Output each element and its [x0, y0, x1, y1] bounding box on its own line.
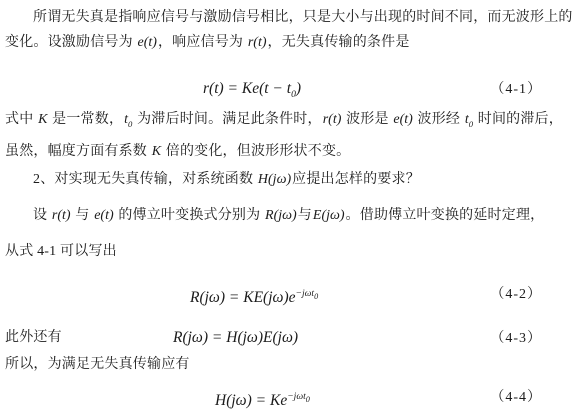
- text-line-2-content: 变化。设激励信号为 e(t)，响应信号为 r(t)，无失真传输的条件是: [5, 35, 410, 50]
- text-line-4-content: 虽然，幅度方面有系数 K 倍的变化，但波形形状不变。: [5, 144, 350, 159]
- text-run: 应提出怎样的要求？: [292, 172, 420, 187]
- math-run: r(t): [51, 208, 72, 223]
- equation-number-4-2: （4-2）: [490, 285, 542, 305]
- math-run: H(jω): [257, 172, 292, 187]
- document-page: 所谓无失真是指响应信号与激励信号相比，只是大小与出现的时间不同，而无波形上的 变…: [0, 0, 580, 414]
- text-line-4: 虽然，幅度方面有系数 K 倍的变化，但波形形状不变。: [5, 142, 575, 162]
- math-run: e(t): [137, 35, 158, 50]
- equation-formula-4-4: H(jω) = Ke−jωt0: [215, 387, 310, 411]
- text-run: 时间的滞后，: [474, 112, 563, 127]
- question-line-content: 2、对实现无失真传输，对系统函数 H(jω)应提出怎样的要求？: [33, 172, 420, 187]
- text-line-3-content: 式中 K 是一常数，t0 为滞后时间。满足此条件时，r(t) 波形是 e(t) …: [5, 112, 563, 127]
- text-run: 波形经: [414, 112, 464, 127]
- math-run: R(jω): [264, 208, 298, 223]
- text-line-1-content: 所谓无失真是指响应信号与激励信号相比，只是大小与出现的时间不同，而无波形上的: [33, 10, 573, 25]
- text-run: ，响应信号为: [158, 35, 247, 50]
- text-run: 所以，为满足无失真传输应有: [5, 357, 190, 372]
- math-run: K: [37, 112, 48, 127]
- text-run: 是一常数，: [48, 112, 123, 127]
- text-line-7: 所以，为满足无失真传输应有: [5, 355, 575, 375]
- equation-formula-4-2: R(jω) = KE(jω)e−jωt0: [190, 284, 318, 308]
- math-run: r(t): [322, 112, 343, 127]
- question-line: 2、对实现无失真传输，对系统函数 H(jω)应提出怎样的要求？: [5, 170, 575, 190]
- text-run: 的傅立叶变换式分别为: [115, 208, 264, 223]
- text-run: 为滞后时间。满足此条件时，: [133, 112, 321, 127]
- math-run: H(jω) = Ke−jωt0: [215, 392, 310, 409]
- text-run: 。借助傅立叶变换的延时定理，: [346, 208, 545, 223]
- equation-number-4-1: （4-1）: [490, 80, 542, 100]
- math-run: r(t) = Ke(t − t0): [203, 80, 301, 97]
- text-run: ，无失真传输的条件是: [268, 35, 410, 50]
- text-run: 与: [72, 208, 94, 223]
- text-run: 虽然，幅度方面有系数: [5, 144, 151, 159]
- math-run: e(t): [93, 208, 114, 223]
- equation-number-4-3: （4-3）: [490, 329, 542, 349]
- math-run: r(t): [247, 35, 268, 50]
- text-line-3: 式中 K 是一常数，t0 为滞后时间。满足此条件时，r(t) 波形是 e(t) …: [5, 110, 575, 134]
- math-run: K: [151, 144, 162, 159]
- text-line-5: 设 r(t) 与 e(t) 的傅立叶变换式分别为 R(jω)与E(jω)。借助傅…: [5, 206, 575, 226]
- text-line-1: 所谓无失真是指响应信号与激励信号相比，只是大小与出现的时间不同，而无波形上的: [5, 8, 575, 28]
- text-line-7-content: 所以，为满足无失真传输应有: [5, 357, 190, 372]
- text-run: 2、对实现无失真传输，对系统函数: [33, 172, 257, 187]
- equation-formula-4-1: r(t) = Ke(t − t0): [203, 79, 301, 105]
- text-run: 设: [33, 208, 51, 223]
- text-line-2: 变化。设激励信号为 e(t)，响应信号为 r(t)，无失真传输的条件是: [5, 33, 575, 53]
- text-line-6-content: 从式 4-1 可以写出: [5, 244, 117, 259]
- text-run: 此外还有: [5, 330, 62, 345]
- text-run: 与: [298, 208, 312, 223]
- text-run: 倍的变化，但波形形状不变。: [162, 144, 350, 159]
- math-run: e(t): [392, 112, 413, 127]
- text-line-5-content: 设 r(t) 与 e(t) 的傅立叶变换式分别为 R(jω)与E(jω)。借助傅…: [33, 208, 544, 223]
- math-run: t0: [464, 112, 474, 127]
- text-line-6: 从式 4-1 可以写出: [5, 242, 575, 262]
- math-run: t0: [123, 112, 133, 127]
- math-run: R(jω) = H(jω)E(jω): [173, 329, 298, 346]
- math-run: E(jω): [312, 208, 346, 223]
- equation-formula-4-3: R(jω) = H(jω)E(jω): [173, 328, 298, 348]
- math-run: R(jω) = KE(jω)e−jωt0: [190, 289, 318, 306]
- equation-number-4-4: （4-4）: [490, 388, 542, 408]
- text-run: 从式 4-1 可以写出: [5, 244, 117, 259]
- text-run: 波形是: [342, 112, 392, 127]
- text-run: 变化。设激励信号为: [5, 35, 137, 50]
- text-run: 式中: [5, 112, 37, 127]
- equation-lead-text: 此外还有: [5, 328, 62, 348]
- text-run: 所谓无失真是指响应信号与激励信号相比，只是大小与出现的时间不同，而无波形上的: [33, 10, 573, 25]
